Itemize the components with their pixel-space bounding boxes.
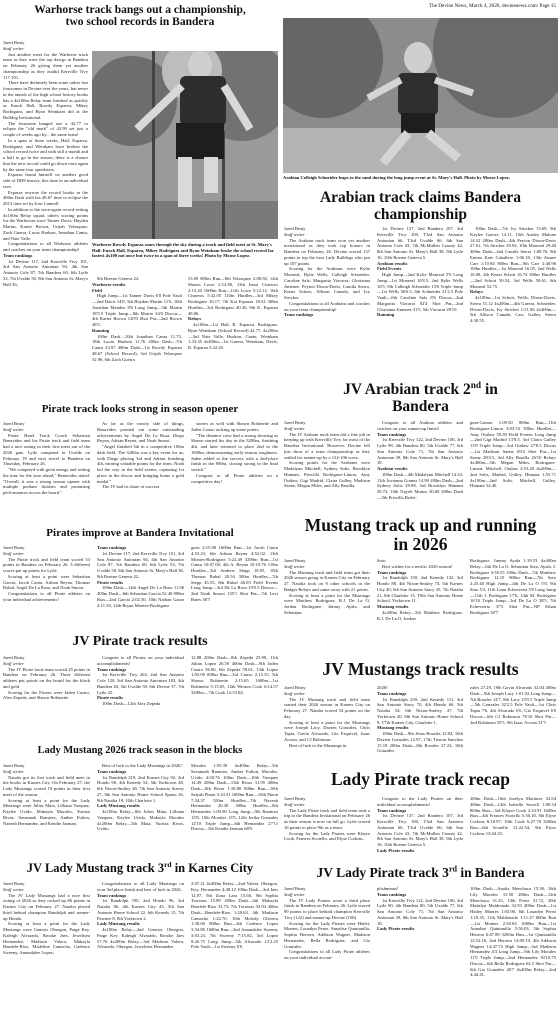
headline-arabian: Arabian track claims Bandera championshi…: [283, 190, 558, 223]
headline-pirates-improve: Pirates improve at Bandera Invitational: [2, 528, 278, 540]
jv-pirate-col1: Jared Beaty Staff writer The JV Pirate t…: [3, 655, 90, 723]
jv-pirate-col3: 12.88 200m Dash—8th Zepeda 25.99, 11th J…: [191, 655, 278, 723]
headline-jv-lady-pirate: JV Lady Pirate track 3rd in Bandera: [283, 866, 558, 881]
warhorse-photo-caption: Warhorse Rowdy Esparza soars through the…: [92, 242, 280, 259]
pirates-improve-col1: Jared Beaty Staff writer The Pirate trac…: [3, 545, 90, 629]
headline-jv-mustangs: JV Mustangs track results: [283, 660, 558, 679]
headline-pirate: Pirate track looks strong in season open…: [2, 404, 278, 416]
arabian-photo: [283, 18, 558, 173]
jv-mustangs-col1: Jared Beaty Staff writer The JV Mustang …: [284, 685, 370, 765]
warhorse-photo: [92, 51, 278, 239]
headline-warhorse: Warhorse track bangs out a championship,…: [2, 4, 278, 29]
jv-arabian-col1: Jared Beaty Staff writer The JV Arabian …: [284, 420, 370, 512]
arabian-col2: 1st Devine 137, 2nd Bandera 107, 3rd Ker…: [377, 226, 463, 379]
lady-pirate-col1: Jared Beaty Staff writer The Lady Pirate…: [284, 796, 370, 862]
arabian-col3: 100m Dash—7th Ivy Stricker 13.69, 9th Ka…: [470, 226, 556, 379]
lady-mustang-col3: Morales 1:59.39 4x400m Relay—5th Savanna…: [191, 763, 278, 859]
lady-mustang-col2: Best of luck to the Lady Mustangs in 202…: [97, 763, 184, 859]
pirate-col3: stories as well with Shawn Robinette and…: [191, 421, 278, 523]
warhorse-col2: 9th Boerne Geneva 22. Warhorse results F…: [92, 276, 182, 398]
headline-jv-lady-mustang: JV Lady Mustang track 3rd in Karnes City: [2, 862, 278, 876]
warhorse-col1: Jared Beaty Staff writer Just another me…: [3, 40, 88, 398]
headline-mustang: Mustang track up and running in 2026: [283, 516, 558, 554]
mustang-col3: Rodriguez, Jimmy Ayala 1:39.53 4x400m Re…: [470, 558, 556, 654]
pirate-col1: Jared Beaty Staff writer Pirate Head Tra…: [3, 421, 90, 523]
jv-mustangs-col3: zales 27.29, 19th Gavin Alvarado 32.04 4…: [470, 685, 556, 765]
jv-lady-pirate-col2: plishments! Team rankings 1st Kerrville …: [377, 886, 463, 994]
jv-lady-mustang-col1: Jared Beaty Staff writer The JV Lady Mus…: [3, 881, 90, 993]
lady-pirate-col3: 200m Dash—16th Jozelyn Martinez 32.64 40…: [470, 796, 556, 862]
lady-mustang-col1: Jared Beaty Staff writer Natalia got its…: [3, 763, 90, 859]
jv-mustangs-col2: 2026! Team rankings 1st Randolph 259, 2n…: [377, 685, 463, 765]
jv-arabian-col3: guez-Limon 1:09.50 800m Run—11th Rodrigu…: [470, 420, 556, 512]
mustang-col2: Soto. Best wishes for a terrific 2026 se…: [377, 558, 463, 654]
jv-pirate-col2: Congrats to all Pirates on your individu…: [97, 655, 184, 723]
jv-lady-pirate-col1: Jared Beaty Staff writer The JV Lady Pir…: [284, 886, 370, 994]
arabian-col1: Jared Beaty Staff writer The Arabian tra…: [284, 226, 370, 379]
jumper-photo-icon: [92, 51, 278, 239]
page-folio: The Devine News, March 4, 2026, devinene…: [429, 3, 556, 9]
jv-lady-mustang-col3: 2:07.21 4x400m Relay—2nd Valera, Obregon…: [191, 881, 278, 993]
pirates-improve-col3: guez 2:15.90 1600m Run—1st Jacob Cantu 4…: [191, 545, 278, 629]
headline-jv-arabian: JV Arabian track 2nd in Bandera: [283, 382, 558, 415]
pirates-improve-col2: Team rankings 1st Devine 117, 2nd Kerrvi…: [97, 545, 184, 629]
warhorse-col3: 53.09 800m Run—8th Velasquez 2:08.50, 12…: [188, 276, 278, 398]
arabian-photo-caption: Arabian Colleigh Schneider leaps to the …: [283, 175, 558, 181]
mustang-col1: Jared Beaty Staff writer The Mustang tra…: [284, 558, 370, 654]
jv-arabian-col2: Congrats to all Arabian athletes and coa…: [377, 420, 463, 512]
headline-lady-mustang: Lady Mustang 2026 track season in the bl…: [2, 745, 278, 756]
headline-jv-pirate: JV Pirate track results: [2, 634, 278, 649]
headline-lady-pirate: Lady Pirate track recap: [283, 770, 558, 789]
jv-lady-mustang-col2: Congratulations to all Lady Mustangs on …: [97, 881, 184, 993]
long-jump-photo-icon: [283, 18, 558, 173]
jv-lady-pirate-col3: 100m Dash—Analia Menchaca 15.30, 16th Li…: [470, 886, 556, 994]
pirate-col2: As far as the varsity side of things, Be…: [97, 421, 184, 523]
lady-pirate-col2: Congrats to the Lady Pirates on their in…: [377, 796, 463, 862]
